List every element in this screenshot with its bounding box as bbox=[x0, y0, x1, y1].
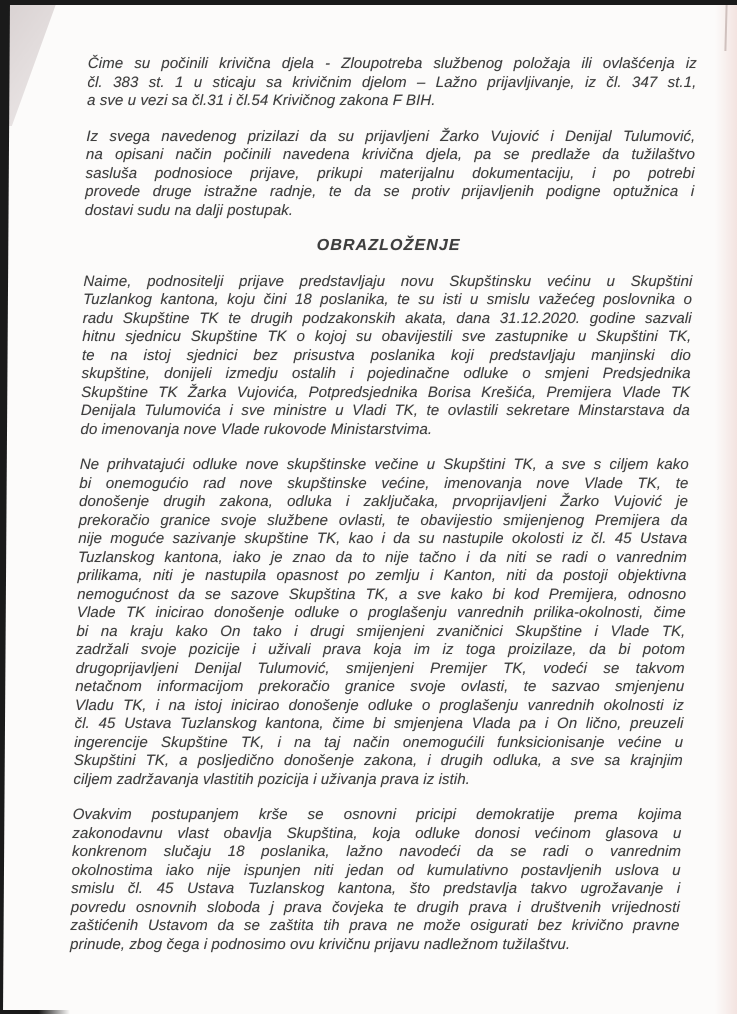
paragraph: Naime, podnositelji prijave predstavljaj… bbox=[80, 273, 692, 440]
text-line: na opisani način počinili navedena krivi… bbox=[86, 146, 695, 165]
text-line: Tuzlankog kantona, koju čini 18 poslanik… bbox=[83, 291, 692, 310]
text-line: netačnom informacijom prekoračio granice… bbox=[75, 678, 684, 697]
text-line: Skupštine TK Žarka Vujovića, Potpredsjed… bbox=[81, 384, 690, 403]
text-line: zadržali svoje pozicije i uživali prava … bbox=[76, 641, 685, 660]
text-line: čl. 45 Ustava Tuzlanskog kantona, čime b… bbox=[74, 715, 683, 734]
text-line: dostavi sudu na dalji postupak. bbox=[85, 202, 694, 221]
text-line: Vlade TK inicirao donošenje odluke o pro… bbox=[77, 604, 686, 623]
paragraph: Ne prihvatajući odluke nove skupštinske … bbox=[73, 456, 689, 789]
text-line: Tuzlanskog kantona, iako je znao da to n… bbox=[78, 549, 687, 568]
text-line: Skupštini TK, a posljedično donošenje za… bbox=[74, 752, 683, 771]
text-line: Čime su počinili krivična djela - Zloupo… bbox=[88, 55, 697, 74]
text-line: hitnu sjednicu Skupštine TK o kojoj su o… bbox=[82, 328, 691, 347]
text-line: Ovakvim postupanjem krše se osnovni pric… bbox=[73, 806, 682, 825]
text-line: Denijala Tulumovića i sve ministre u Vla… bbox=[81, 402, 690, 421]
text-line: čl. 383 st. 1 u sticaju sa krivičnim dje… bbox=[87, 74, 696, 93]
text-line: radu Skupštine TK te drugih podzakonskih… bbox=[83, 310, 692, 329]
text-line: Naime, podnositelji prijave predstavljaj… bbox=[83, 273, 692, 292]
text-line: povredu osnovnih sloboda j prava čovjeka… bbox=[71, 899, 680, 918]
text-line: bi onemogućio rad nove skupštinske većin… bbox=[79, 475, 688, 494]
paragraph: Iz svega navedenog prizilazi da su prija… bbox=[85, 128, 696, 221]
text-line: provede druge istražne radnje, te da se … bbox=[85, 183, 694, 202]
paragraph: Čime su počinili krivična djela - Zloupo… bbox=[87, 55, 697, 111]
text-line: drugoprijavljeni Denijal Tulumović, smij… bbox=[75, 660, 684, 679]
text-line: sasluša podnosioce prijave, prikupi mate… bbox=[85, 165, 694, 184]
text-line: prekoračio granice svoje službene ovlast… bbox=[78, 512, 687, 531]
text-line: nemogućnost da se sazove Skupština TK, a… bbox=[77, 586, 686, 605]
text-line: nije moguće sazivanje skupštine TK, kao … bbox=[78, 530, 687, 549]
text-line: zaštićenih Ustavom da se zaštita tih pra… bbox=[70, 917, 679, 936]
scan-bottom-left-edge bbox=[0, 1010, 70, 1014]
text-line: ingerencije Skupštine TK, i na taj način… bbox=[74, 734, 683, 753]
text-line: Ne prihvatajući odluke nove skupštinske … bbox=[80, 456, 689, 475]
text-line: prinude, zbog čega i podnosimo ovu krivi… bbox=[70, 936, 679, 955]
text-line: zakonodavnu vlast obavlja Skupština, koj… bbox=[72, 825, 681, 844]
text-line: Vladu TK, i na istoj inicirao donošenje … bbox=[75, 697, 684, 716]
text-line: smislu čl. 45 Ustava Tuzlanskog kantona,… bbox=[71, 880, 680, 899]
section-heading: OBRAZLOŽENJE bbox=[84, 237, 693, 256]
text-line: do imenovanja nove Vlade rukovode Minist… bbox=[80, 421, 689, 440]
text-line: Iz svega navedenog prizilazi da su prija… bbox=[86, 128, 695, 147]
text-line: okolnostima iako nije ispunjen niti jeda… bbox=[71, 862, 680, 881]
scan-top-edge bbox=[0, 0, 737, 5]
text-line: donošenje drugih zakona, odluka i zaklju… bbox=[79, 493, 688, 512]
text-line: bi na kraju kako On tako i drugi smijenj… bbox=[76, 623, 685, 642]
scanned-document-page: { "page": { "paper_color": "#fcfbfa", "s… bbox=[0, 0, 737, 1014]
text-line: ciljem zadržavanja vlastitih pozicija i … bbox=[73, 771, 682, 790]
text-line: konkrenom slučaju 18 poslanika, lažno na… bbox=[72, 843, 681, 862]
text-line: te na istoj sjednici bez prisustva posla… bbox=[82, 347, 691, 366]
document-body: Čime su počinili krivična djela - Zloupo… bbox=[0, 0, 737, 971]
text-line: a sve u vezi sa čl.31 i čl.54 Krivičnog … bbox=[87, 92, 696, 111]
text-line: prilikama, niti je nastupila opasnost po… bbox=[77, 567, 686, 586]
paragraph: Ovakvim postupanjem krše se osnovni pric… bbox=[70, 806, 682, 954]
text-line: skupštine, donijeli izmedju ostalih i po… bbox=[81, 365, 690, 384]
